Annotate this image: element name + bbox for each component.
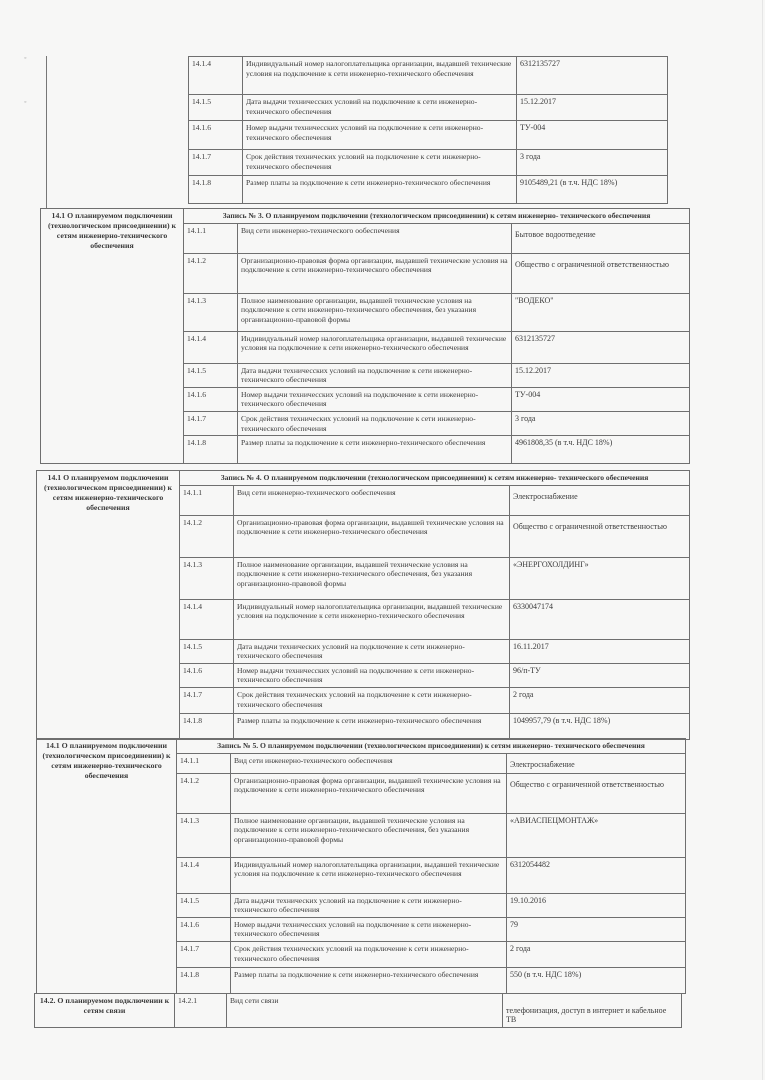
- row-label: Номер выдачи техничесских условий на под…: [231, 917, 507, 941]
- section-label: 14.2. О планируемом подключении к сетям …: [35, 994, 175, 1028]
- row-code: 14.1.1: [180, 485, 234, 515]
- row-code: 14.1.7: [177, 941, 231, 967]
- row-value: Электроснабжение: [510, 485, 690, 515]
- table-row: 14.1.4Индивидуальный номер налогоплатель…: [189, 57, 668, 95]
- record-title: Запись № 3. О планируемом подключении (т…: [184, 209, 690, 224]
- row-value: 3 года: [512, 411, 690, 435]
- row-label: Вид сети инженерно-технического ообеспеч…: [234, 485, 510, 515]
- row-code: 14.1.5: [177, 893, 231, 917]
- row-value: 3 года: [517, 150, 668, 176]
- row-value: телефонизация, доступ в интернет и кабел…: [503, 994, 682, 1028]
- row-code: 14.2.1: [175, 994, 227, 1028]
- row-label: Вид сети инженерно-технического ообеспеч…: [238, 223, 512, 253]
- record-title: Запись № 4. О планируемом подключении (т…: [180, 471, 690, 486]
- section-label: 14.1 О планируемом подключении (технолог…: [41, 209, 184, 464]
- row-label: Срок действия технических условий на под…: [238, 411, 512, 435]
- row-code: 14.1.5: [189, 95, 243, 121]
- row-label: Дата выдачи технических условий на подкл…: [231, 893, 507, 917]
- row-label: Организационно-правовая форма организаци…: [231, 773, 507, 813]
- row-code: 14.1.3: [184, 293, 238, 331]
- record-table: 14.1 О планируемом подключении (технолог…: [40, 208, 690, 464]
- row-code: 14.1.4: [177, 857, 231, 893]
- row-label: Дата выдачи техничесских условий на подк…: [243, 95, 517, 121]
- row-label: Размер платы за подключение к сети инжен…: [238, 436, 512, 464]
- row-label: Номер выдачи техничесских условий на под…: [238, 387, 512, 411]
- scan-speck: ◦: [24, 54, 26, 62]
- row-label: Полное наименование организации, выдавше…: [234, 557, 510, 599]
- row-label: Организационно-правовая форма организаци…: [238, 253, 512, 293]
- row-code: 14.1.7: [180, 687, 234, 713]
- row-code: 14.1.8: [180, 713, 234, 739]
- row-code: 14.1.4: [184, 331, 238, 363]
- row-label: Полное наименование организации, выдавше…: [238, 293, 512, 331]
- row-code: 14.1.3: [180, 557, 234, 599]
- row-code: 14.1.4: [189, 57, 243, 95]
- table-row: 14.1.7Срок действия технических условий …: [189, 150, 668, 176]
- communications-table: 14.2. О планируемом подключении к сетям …: [34, 993, 682, 1028]
- row-value: 2 года: [507, 941, 686, 967]
- record-table: 14.1 О планируемом подключении (технолог…: [36, 738, 686, 994]
- left-border-line: [46, 56, 47, 208]
- row-label: Срок действия технических условий на под…: [231, 941, 507, 967]
- row-code: 14.1.7: [189, 150, 243, 176]
- row-label: Полное наименование организации, выдавше…: [231, 813, 507, 857]
- row-value: Бытовое водоотведение: [512, 223, 690, 253]
- row-label: Срок действия технических условий на под…: [243, 150, 517, 176]
- row-label: Срок действия технических условий на под…: [234, 687, 510, 713]
- scan-speck: ◦: [24, 98, 26, 106]
- row-value: 550 (в т.ч. НДС 18%): [507, 967, 686, 993]
- section-label: 14.1 О планируемом подключении (технолог…: [37, 471, 180, 740]
- row-label: Вид сети инженерно-технического ообеспеч…: [231, 753, 507, 773]
- table-row: 14.2. О планируемом подключении к сетям …: [35, 994, 682, 1028]
- row-code: 14.1.3: [177, 813, 231, 857]
- row-value: 96/п-ТУ: [510, 663, 690, 687]
- row-code: 14.1.7: [184, 411, 238, 435]
- record-header-row: 14.1 О планируемом подключении (технолог…: [37, 471, 690, 486]
- row-value: ТУ-004: [517, 121, 668, 150]
- row-value: 79: [507, 917, 686, 941]
- page-edge: [762, 0, 763, 1080]
- row-code: 14.1.4: [180, 599, 234, 639]
- row-value: 15.12.2017: [517, 95, 668, 121]
- row-code: 14.1.5: [180, 639, 234, 663]
- row-value: 6312135727: [512, 331, 690, 363]
- row-code: 14.1.6: [184, 387, 238, 411]
- row-value: 2 года: [510, 687, 690, 713]
- row-value: 6330047174: [510, 599, 690, 639]
- row-code: 14.1.1: [184, 223, 238, 253]
- row-value: 16.11.2017: [510, 639, 690, 663]
- row-value: 15.12.2017: [512, 363, 690, 387]
- row-label: Индивидуальный номер налогоплательщика о…: [238, 331, 512, 363]
- row-code: 14.1.8: [177, 967, 231, 993]
- row-value: Общество с ограниченной ответственностью: [507, 773, 686, 813]
- row-value: Электроснабжение: [507, 753, 686, 773]
- row-value: 4961808,35 (в т.ч. НДС 18%): [512, 436, 690, 464]
- row-label: Размер платы за подключение к сети инжен…: [243, 176, 517, 204]
- row-value: 1049957,79 (в т.ч. НДС 18%): [510, 713, 690, 739]
- row-label: Индивидуальный номер налогоплательщика о…: [243, 57, 517, 95]
- row-code: 14.1.1: [177, 753, 231, 773]
- row-label: Дата выдачи техничесских условий на подк…: [238, 363, 512, 387]
- record-table: 14.1 О планируемом подключении (технолог…: [36, 470, 690, 740]
- row-label: Индивидуальный номер налогоплательщика о…: [231, 857, 507, 893]
- row-code: 14.1.2: [180, 515, 234, 557]
- table-row: 14.1.8Размер платы за подключение к сети…: [189, 176, 668, 204]
- row-value: 6312135727: [517, 57, 668, 95]
- row-code: 14.1.6: [189, 121, 243, 150]
- record-header-row: 14.1 О планируемом подключении (технолог…: [41, 209, 690, 224]
- row-value: «ЭНЕРГОХОЛДИНГ»: [510, 557, 690, 599]
- row-value: «АВИАСПЕЦМОНТАЖ»: [507, 813, 686, 857]
- row-label: Дата выдачи технических условий на подкл…: [234, 639, 510, 663]
- row-value: ТУ-004: [512, 387, 690, 411]
- row-value: 6312054482: [507, 857, 686, 893]
- section-label: 14.1 О планируемом подключении (технолог…: [37, 739, 177, 994]
- row-value: "ВОДЕКО": [512, 293, 690, 331]
- row-code: 14.1.6: [180, 663, 234, 687]
- row-code: 14.1.8: [189, 176, 243, 204]
- row-value: 9105489,21 (в т.ч. НДС 18%): [517, 176, 668, 204]
- continuation-table: 14.1.4Индивидуальный номер налогоплатель…: [188, 56, 668, 204]
- row-code: 14.1.6: [177, 917, 231, 941]
- row-label: Индивидуальный номер налогоплательщика о…: [234, 599, 510, 639]
- row-label: Организационно-правовая форма организаци…: [234, 515, 510, 557]
- record-header-row: 14.1 О планируемом подключении (технолог…: [37, 739, 686, 754]
- row-label: Вид сети связи: [227, 994, 503, 1028]
- row-label: Размер платы за подключение к сети инжен…: [234, 713, 510, 739]
- row-code: 14.1.8: [184, 436, 238, 464]
- row-code: 14.1.5: [184, 363, 238, 387]
- table-row: 14.1.6Номер выдачи техничесских условий …: [189, 121, 668, 150]
- row-value: Общество с ограниченной ответственностью: [510, 515, 690, 557]
- row-value: 19.10.2016: [507, 893, 686, 917]
- row-label: Номер выдачи техничесских условий на под…: [243, 121, 517, 150]
- row-code: 14.1.2: [177, 773, 231, 813]
- row-label: Номер выдачи техничесских условий на под…: [234, 663, 510, 687]
- row-code: 14.1.2: [184, 253, 238, 293]
- row-label: Размер платы за подключение к сети инжен…: [231, 967, 507, 993]
- table-row: 14.1.5Дата выдачи техничесских условий н…: [189, 95, 668, 121]
- record-title: Запись № 5. О планируемом подключении (т…: [177, 739, 686, 754]
- row-value: Общество с ограниченной ответственностью: [512, 253, 690, 293]
